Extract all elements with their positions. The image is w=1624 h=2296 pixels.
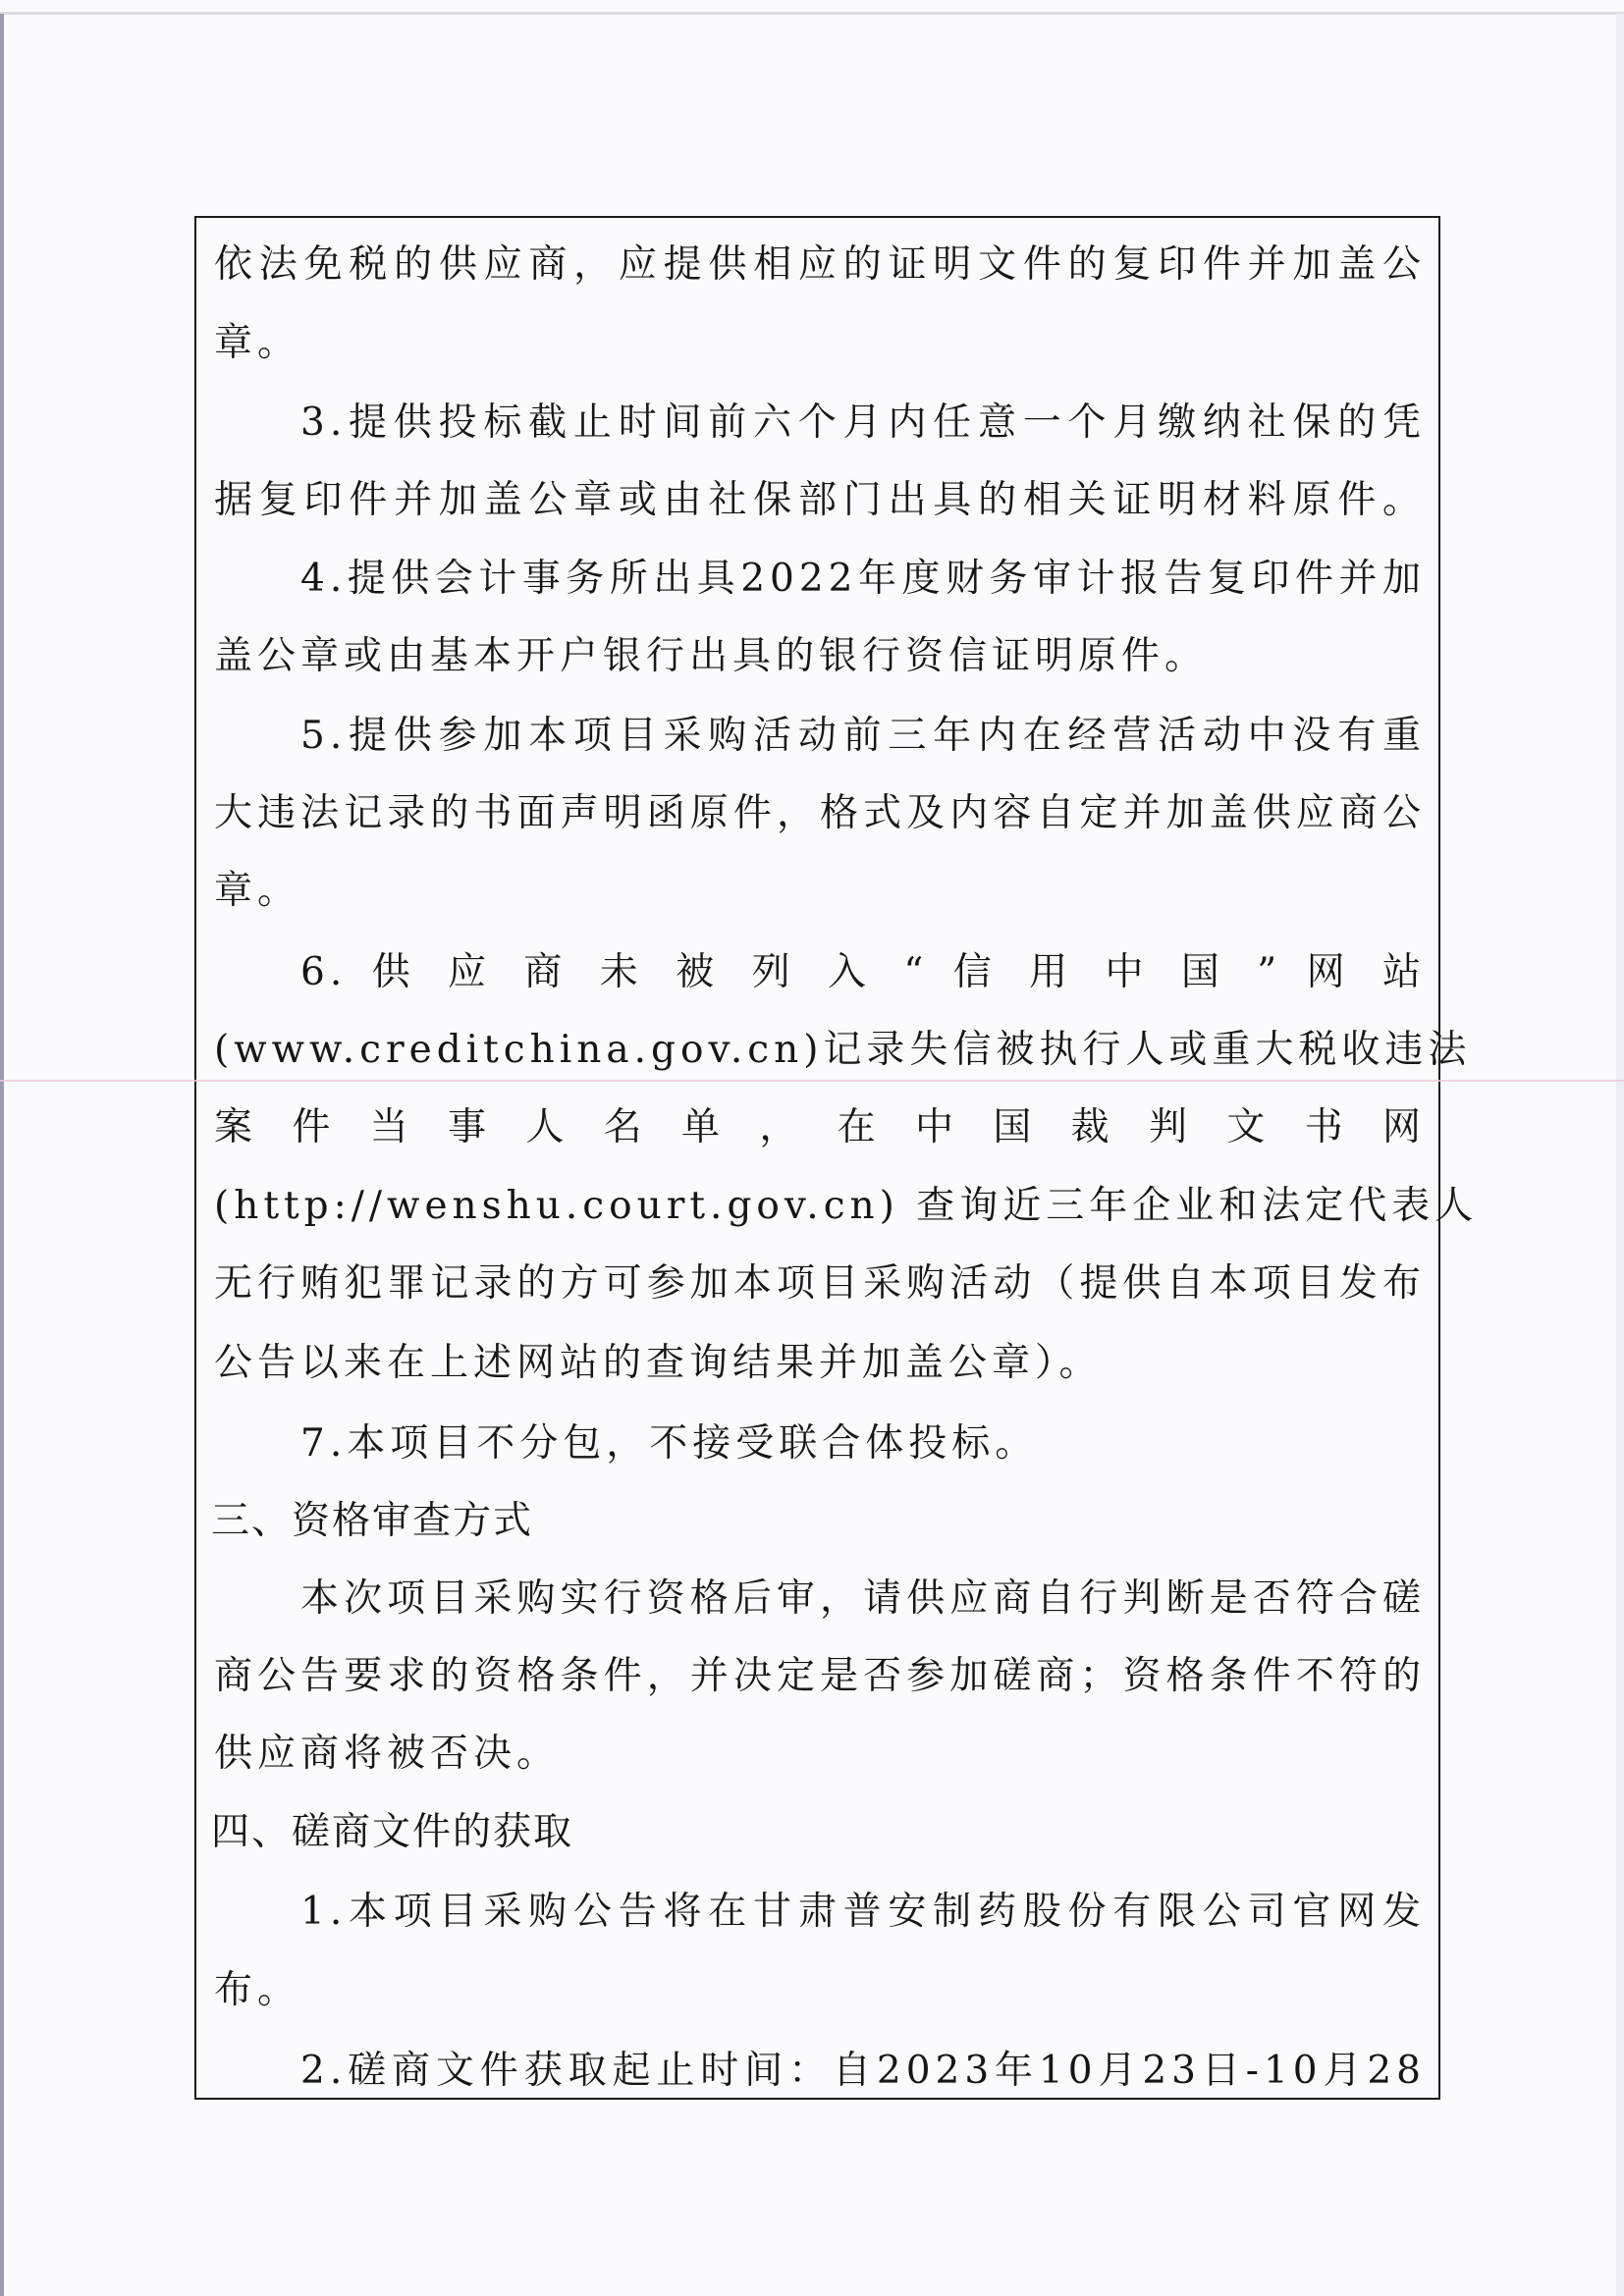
scan-right-edge [1616, 14, 1624, 2296]
section-heading-3: 三、资格审查方式 [211, 1482, 533, 1561]
paragraph-line: 盖公章或由基本开户银行出具的银行资信证明原件。 [214, 617, 1208, 696]
paragraph-line: 商公告要求的资格条件，并决定是否参加磋商；资格条件不符的 [214, 1637, 1426, 1716]
paragraph-line: 依法免税的供应商，应提供相应的证明文件的复印件并加盖公 [214, 226, 1426, 304]
paragraph-line: 大违法记录的书面声明函原件，格式及内容自定并加盖供应商公 [214, 774, 1426, 853]
paragraph-line: 无行贿犯罪记录的方可参加本项目采购活动（提供自本项目发布 [214, 1245, 1426, 1323]
paragraph-line: (http://wenshu.court.gov.cn) 查询近三年企业和法定代… [214, 1167, 1426, 1246]
paragraph-line: 案 件 当 事 人 名 单 ， 在 中 国 裁 判 文 书 网 [214, 1089, 1426, 1167]
scan-left-edge [0, 14, 4, 2296]
paragraph-line: 布。 [214, 1951, 300, 2030]
item-3-line: 3.提供投标截止时间前六个月内任意一个月缴纳社保的凭 [300, 384, 1426, 462]
paragraph-line: 本次项目采购实行资格后审，请供应商自行判断是否符合磋 [300, 1560, 1426, 1638]
scan-top-edge [0, 12, 1624, 15]
section-heading-4: 四、磋商文件的获取 [211, 1793, 573, 1872]
paragraph-line: 章。 [214, 852, 300, 931]
item-2-line: 2.磋商文件获取起止时间：自2023年10月23日-10月28 [300, 2032, 1426, 2110]
paragraph-line: 供应商将被否决。 [214, 1715, 560, 1793]
item-7-line: 7.本项目不分包，不接受联合体投标。 [300, 1405, 1038, 1483]
paragraph-line: 章。 [214, 304, 300, 383]
paragraph-line: (www.creditchina.gov.cn)记录失信被执行人或重大税收违法 [214, 1011, 1426, 1090]
paragraph-line: 据复印件并加盖公章或由社保部门出具的相关证明材料原件。 [214, 461, 1426, 540]
item-1-line: 1.本项目采购公告将在甘肃普安制药股份有限公司官网发 [300, 1873, 1426, 1951]
item-4-line: 4.提供会计事务所出具2022年度财务审计报告复印件并加 [300, 540, 1426, 618]
item-6-line: 6. 供 应 商 未 被 列 入 “ 信 用 中 国 ” 网 站 [300, 934, 1426, 1012]
paragraph-line: 公告以来在上述网站的查询结果并加盖公章）。 [214, 1324, 1103, 1403]
item-5-line: 5.提供参加本项目采购活动前三年内在经营活动中没有重 [300, 697, 1426, 775]
scan-artifact-line [0, 1080, 1624, 1082]
